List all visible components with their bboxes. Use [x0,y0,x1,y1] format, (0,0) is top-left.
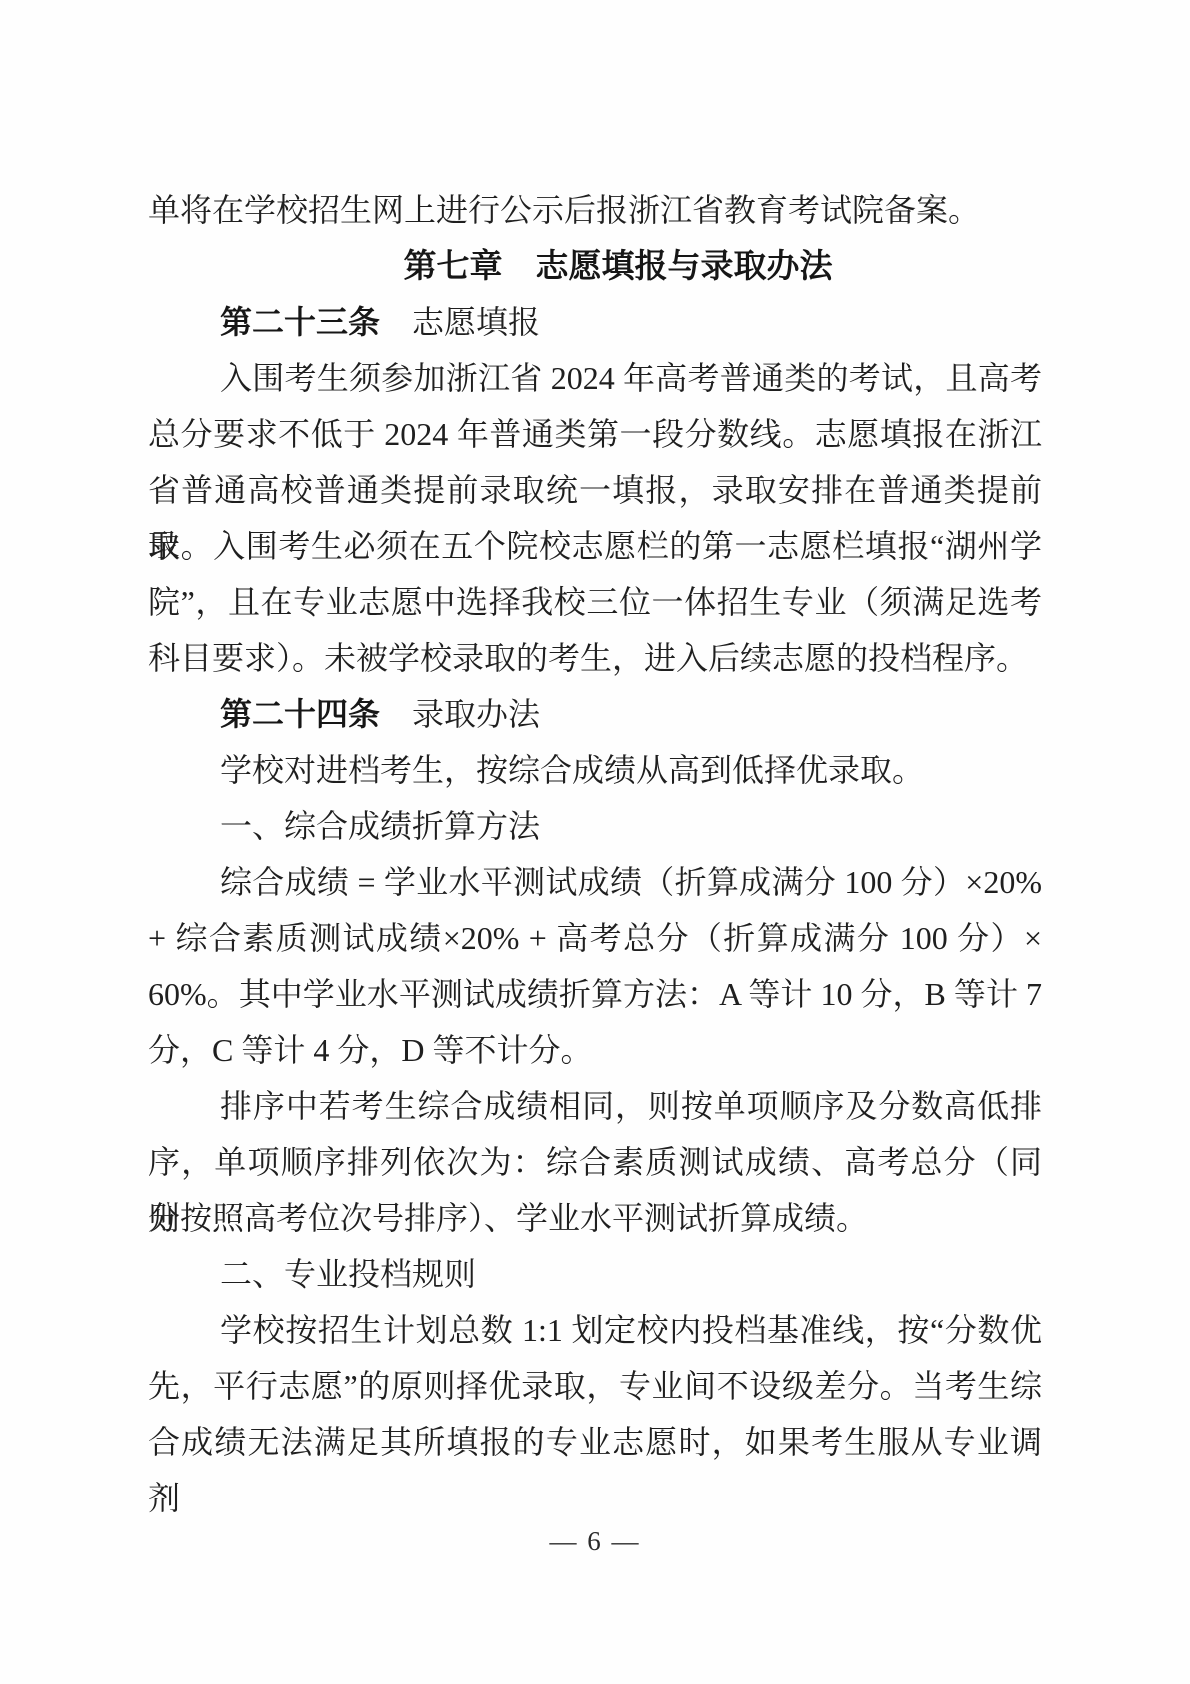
text-line: 单将在学校招生网上进行公示后报浙江省教育考试院备案。 [148,182,1042,238]
text-line: 则按照高考位次号排序）、学业水平测试折算成绩。 [148,1190,1042,1246]
text-line: 取。入围考生必须在五个院校志愿栏的第一志愿栏填报“湖州学 [148,518,1042,574]
text: 则按照高考位次号排序）、学业水平测试折算成绩。 [148,1200,868,1236]
document-body: 单将在学校招生网上进行公示后报浙江省教育考试院备案。第七章 志愿填报与录取办法第… [148,182,1042,1470]
text-line: + 综合素质测试成绩×20% + 高考总分（折算成满分 100 分）× [148,910,1042,966]
article-23-heading: 第二十三条 志愿填报 [148,294,1042,350]
text-line: 学校对进档考生，按综合成绩从高到低择优录取。 [148,742,1042,798]
text-line: 入围考生须参加浙江省 2024 年高考普通类的考试，且高考 [148,350,1042,406]
text-line: 合成绩无法满足其所填报的专业志愿时，如果考生服从专业调剂 [148,1414,1042,1470]
text: 一、综合成绩折算方法 [220,808,540,844]
text-line: 综合成绩 = 学业水平测试成绩（折算成满分 100 分）×20% [148,854,1042,910]
text-line: 分，C 等计 4 分，D 等不计分。 [148,1022,1042,1078]
text: 总分要求不低于 2024 年普通类第一段分数线。志愿填报在浙江 [148,416,1042,452]
section-2-heading: 二、专业投档规则 [148,1246,1042,1302]
text-line: 科目要求）。未被学校录取的考生，进入后续志愿的投档程序。 [148,630,1042,686]
text: 志愿填报 [380,304,540,340]
text-line: 先，平行志愿”的原则择优录取，专业间不设级差分。当考生综 [148,1358,1042,1414]
text: 先，平行志愿”的原则择优录取，专业间不设级差分。当考生综 [148,1368,1042,1404]
text: 二、专业投档规则 [220,1256,476,1292]
text-line: 排序中若考生综合成绩相同，则按单项顺序及分数高低排 [148,1078,1042,1134]
text: 学校按招生计划总数 1:1 划定校内投档基准线，按“分数优 [220,1312,1042,1348]
text-line: 总分要求不低于 2024 年普通类第一段分数线。志愿填报在浙江 [148,406,1042,462]
text: 单将在学校招生网上进行公示后报浙江省教育考试院备案。 [148,192,980,228]
chapter-heading: 第七章 志愿填报与录取办法 [148,238,1042,294]
text: 合成绩无法满足其所填报的专业志愿时，如果考生服从专业调剂 [148,1424,1042,1516]
text: 分，C 等计 4 分，D 等不计分。 [148,1032,592,1068]
text-line: 院”，且在专业志愿中选择我校三位一体招生专业（须满足选考 [148,574,1042,630]
section-1-heading: 一、综合成绩折算方法 [148,798,1042,854]
text: + 综合素质测试成绩×20% + 高考总分（折算成满分 100 分）× [148,920,1042,956]
text-line: 学校按招生计划总数 1:1 划定校内投档基准线，按“分数优 [148,1302,1042,1358]
document-page: 单将在学校招生网上进行公示后报浙江省教育考试院备案。第七章 志愿填报与录取办法第… [0,0,1190,1684]
text: 综合成绩 = 学业水平测试成绩（折算成满分 100 分）×20% [220,864,1042,900]
bold-text: 第二十四条 [220,696,380,732]
text: 科目要求）。未被学校录取的考生，进入后续志愿的投档程序。 [148,640,1028,676]
bold-text: 第七章 志愿填报与录取办法 [404,247,833,284]
text: 学校对进档考生，按综合成绩从高到低择优录取。 [220,752,924,788]
text: 取。入围考生必须在五个院校志愿栏的第一志愿栏填报“湖州学 [148,528,1042,564]
text: 入围考生须参加浙江省 2024 年高考普通类的考试，且高考 [220,360,1042,396]
text: 录取办法 [380,696,540,732]
text-line: 省普通高校普通类提前录取统一填报，录取安排在普通类提前录 [148,462,1042,518]
bold-text: 第二十三条 [220,304,380,340]
article-24-heading: 第二十四条 录取办法 [148,686,1042,742]
text-line: 60%。其中学业水平测试成绩折算方法：A 等计 10 分，B 等计 7 [148,966,1042,1022]
text: 排序中若考生综合成绩相同，则按单项顺序及分数高低排 [220,1088,1042,1124]
text: 60%。其中学业水平测试成绩折算方法：A 等计 10 分，B 等计 7 [148,976,1042,1012]
text-line: 序，单项顺序排列依次为：综合素质测试成绩、高考总分（同分 [148,1134,1042,1190]
text: 院”，且在专业志愿中选择我校三位一体招生专业（须满足选考 [148,584,1042,620]
page-number: — 6 — [0,1524,1190,1558]
